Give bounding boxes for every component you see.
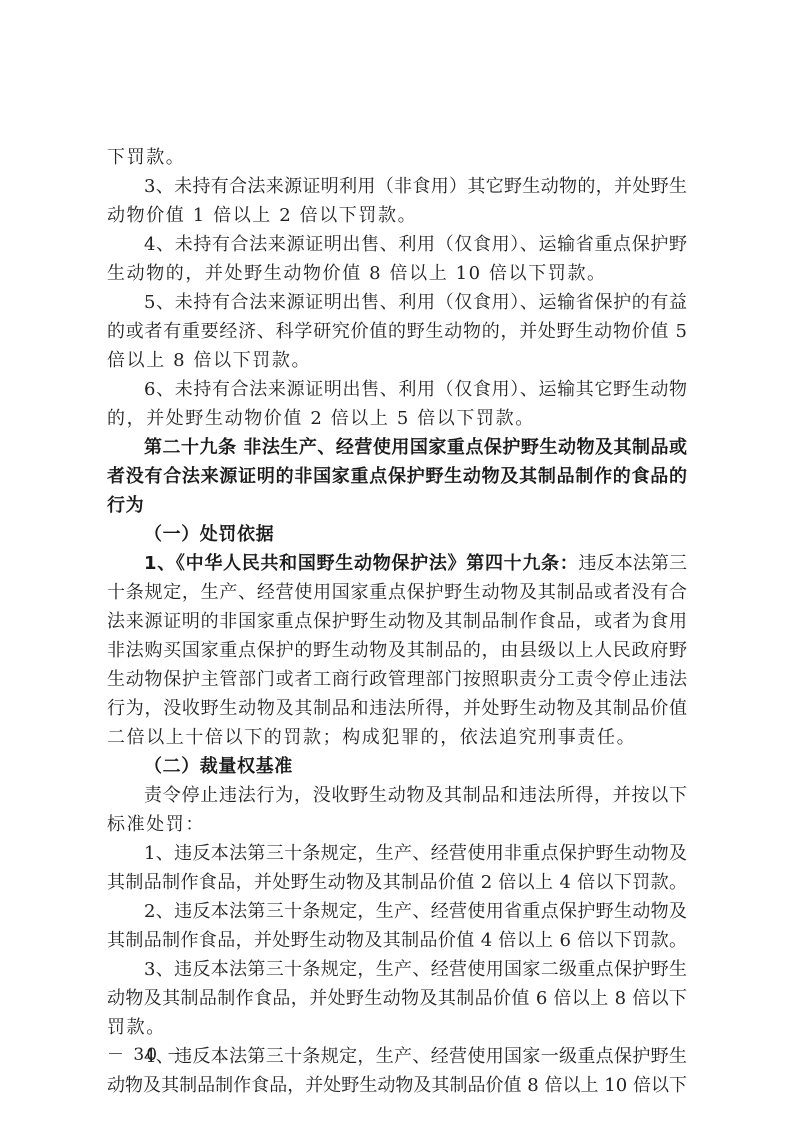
- text-line: 4、违反本法第三十条规定，生产、经营使用国家一级重点保护野生: [107, 1042, 687, 1071]
- text-line: 其制品制作食品，并处野生动物及其制品价值 4 倍以上 6 倍以下罚款。: [107, 926, 687, 955]
- law-text: 违反本法第三: [578, 553, 687, 574]
- heading-line: 者没有合法来源证明的非国家重点保护野生动物及其制品制作的食品的: [107, 462, 687, 491]
- text-line: 动物及其制品制作食品，并处野生动物及其制品价值 6 倍以上 8 倍以下: [107, 984, 687, 1013]
- text-line: 4、未持有合法来源证明出售、利用（仅食用）、运输省重点保护野: [107, 230, 687, 259]
- text-line: 1、违反本法第三十条规定，生产、经营使用非重点保护野生动物及: [107, 839, 687, 868]
- text-line: 行为，没收野生动物及其制品和违法所得，并处野生动物及其制品价值: [107, 694, 687, 723]
- text-line: 的，并处野生动物价值 2 倍以上 5 倍以下罚款。: [107, 404, 687, 433]
- text-line: 标准处罚：: [107, 810, 687, 839]
- heading-line: 第二十九条 非法生产、经营使用国家重点保护野生动物及其制品或: [107, 433, 687, 462]
- text-line: 下罚款。: [107, 143, 687, 172]
- text-line: 二倍以上十倍以下的罚款；构成犯罪的，依法追究刑事责任。: [107, 723, 687, 752]
- text-line: 3、违反本法第三十条规定，生产、经营使用国家二级重点保护野生: [107, 955, 687, 984]
- text-line: 生动物保护主管部门或者工商行政管理部门按照职责分工责令停止违法: [107, 665, 687, 694]
- heading-line: （一）处罚依据: [107, 520, 687, 549]
- text-line: 动物及其制品制作食品，并处野生动物及其制品价值 8 倍以上 10 倍以下: [107, 1071, 687, 1100]
- text-line: 生动物的，并处野生动物价值 8 倍以上 10 倍以下罚款。: [107, 259, 687, 288]
- text-line: 2、违反本法第三十条规定，生产、经营使用省重点保护野生动物及: [107, 897, 687, 926]
- text-line: 的或者有重要经济、科学研究价值的野生动物的，并处野生动物价值 5: [107, 317, 687, 346]
- text-line: 6、未持有合法来源证明出售、利用（仅食用）、运输其它野生动物: [107, 375, 687, 404]
- page-number: － 30 －: [107, 1040, 185, 1065]
- law-citation: 1、《中华人民共和国野生动物保护法》第四十九条：: [144, 553, 578, 574]
- text-line: 法来源证明的非国家重点保护野生动物及其制品制作食品，或者为食用: [107, 607, 687, 636]
- text-line: 1、《中华人民共和国野生动物保护法》第四十九条：违反本法第三: [107, 549, 687, 578]
- text-line: 其制品制作食品，并处野生动物及其制品价值 2 倍以上 4 倍以下罚款。: [107, 868, 687, 897]
- heading-line: 行为: [107, 491, 687, 520]
- heading-line: （二）裁量权基准: [107, 752, 687, 781]
- text-line: 罚款。: [107, 1013, 687, 1042]
- text-line: 5、未持有合法来源证明出售、利用（仅食用）、运输省保护的有益: [107, 288, 687, 317]
- text-line: 非法购买国家重点保护的野生动物及其制品的，由县级以上人民政府野: [107, 636, 687, 665]
- text-line: 动物价值 1 倍以上 2 倍以下罚款。: [107, 201, 687, 230]
- text-line: 责令停止违法行为，没收野生动物及其制品和违法所得，并按以下: [107, 781, 687, 810]
- text-line: 十条规定，生产、经营使用国家重点保护野生动物及其制品或者没有合: [107, 578, 687, 607]
- document-page: 下罚款。3、未持有合法来源证明利用（非食用）其它野生动物的，并处野生动物价值 1…: [107, 143, 687, 1100]
- text-line: 3、未持有合法来源证明利用（非食用）其它野生动物的，并处野生: [107, 172, 687, 201]
- text-line: 倍以上 8 倍以下罚款。: [107, 346, 687, 375]
